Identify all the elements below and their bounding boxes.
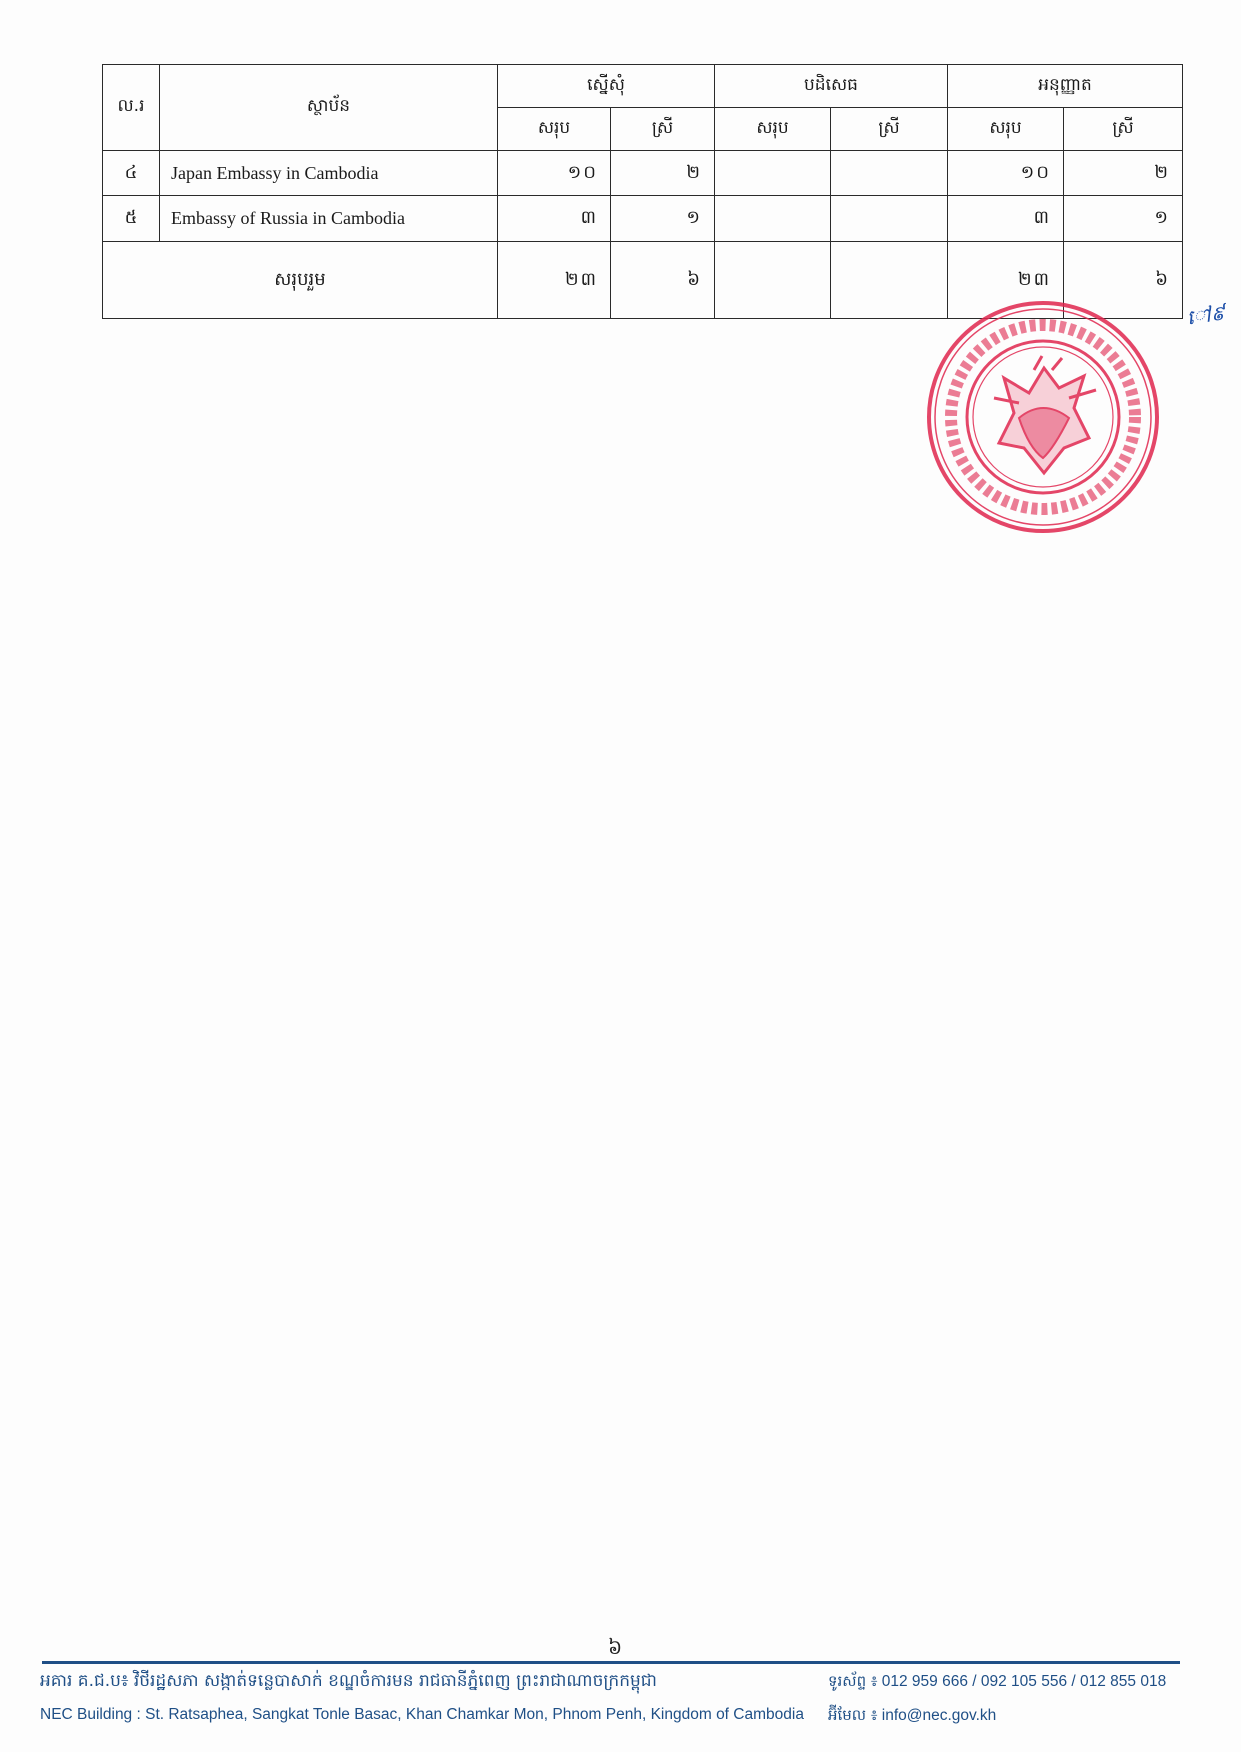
request-female: ១ [611,196,715,242]
phone-number: 012 959 666 / 092 105 556 / 012 855 018 [882,1673,1166,1690]
total-request-female: ៦ [611,242,715,319]
email-link[interactable]: info@nec.gov.kh [882,1707,997,1724]
subheader-request-total: សរុប [498,108,611,151]
phone-label: ទូរស័ព្ទ ៖ [828,1672,877,1690]
footer-address-en: NEC Building : St. Ratsaphea, Sangkat To… [40,1706,804,1724]
table-row: ៤ Japan Embassy in Cambodia ១០ ២ ១០ ២ [103,151,1183,196]
requests-table: ល.រ ស្ថាប័ន ស្នើសុំ បដិសេធ អនុញ្ញាត សរុប… [102,64,1183,319]
header-request: ស្នើសុំ [498,65,715,108]
total-reject-total [715,242,831,319]
request-female: ២ [611,151,715,196]
subheader-approve-total: សរុប [948,108,1064,151]
row-no: ៤ [103,151,160,196]
header-reject: បដិសេធ [715,65,948,108]
row-institution: Japan Embassy in Cambodia [160,151,498,196]
page-number: ៦ [608,1634,622,1664]
footer-divider [42,1661,1180,1664]
request-total: ១០ [498,151,611,196]
subheader-approve-female: ស្រី [1064,108,1183,151]
footer-phone: ទូរស័ព្ទ ៖ 012 959 666 / 092 105 556 / 0… [828,1672,1166,1694]
subheader-reject-female: ស្រី [831,108,948,151]
approve-total: ១០ [948,151,1064,196]
email-label: អ៊ីមែល ៖ [828,1706,877,1724]
total-label: សរុបរួម [103,242,498,319]
request-total: ៣ [498,196,611,242]
approve-total: ៣ [948,196,1064,242]
subheader-request-female: ស្រី [611,108,715,151]
footer-address-km: អគារ គ.ជ.ប៖ វិថីរដ្ឋសភា សង្កាត់ទន្លេបាសា… [40,1670,657,1695]
footer-email: អ៊ីមែល ៖ info@nec.gov.kh [828,1706,996,1728]
table-row: ៥ Embassy of Russia in Cambodia ៣ ១ ៣ ១ [103,196,1183,242]
row-institution: Embassy of Russia in Cambodia [160,196,498,242]
subheader-reject-total: សរុប [715,108,831,151]
reject-total [715,151,831,196]
header-institution: ស្ថាប័ន [160,65,498,151]
reject-total [715,196,831,242]
reject-female [831,196,948,242]
header-no: ល.រ [103,65,160,151]
approve-female: ១ [1064,196,1183,242]
row-no: ៥ [103,196,160,242]
official-seal-icon [924,298,1162,536]
reject-female [831,151,948,196]
total-request-total: ២៣ [498,242,611,319]
approve-female: ២ [1064,151,1183,196]
header-approve: អនុញ្ញាត [948,65,1183,108]
signature-initials: ៅ៩ [1185,299,1227,334]
